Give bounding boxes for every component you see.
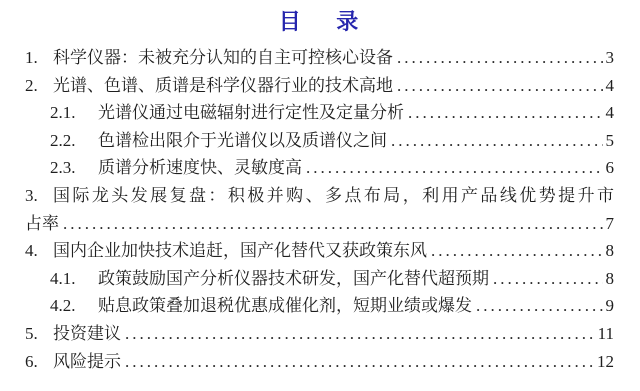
toc-entry: 2.2. 色谱检出限介于光谱仪以及质谱仪之间 .................… — [25, 127, 614, 155]
toc-entry-page: 4 — [606, 72, 615, 100]
dot-leader: ........................................… — [427, 237, 603, 265]
dot-leader: ........................................… — [404, 99, 603, 127]
toc-entry: 4. 国内企业加快技术追赶，国产化替代又获政策东风 ..............… — [25, 237, 614, 265]
toc-entry-title: 政策鼓励国产分析仪器技术研发，国产化替代超预期 — [98, 265, 489, 293]
toc-entry-title: 色谱检出限介于光谱仪以及质谱仪之间 — [98, 127, 387, 155]
toc-entry-title: 贴息政策叠加退税优惠成催化剂，短期业绩或爆发 — [98, 292, 472, 320]
dot-leader: ........................................… — [489, 265, 603, 293]
page-title: 目 录 — [25, 8, 614, 36]
toc-entry-title: 光谱、色谱、质谱是科学仪器行业的技术高地 — [53, 72, 393, 100]
toc-entry: 6. 风险提示 ................................… — [25, 348, 614, 376]
toc-entry-page: 4 — [606, 99, 615, 127]
toc-entry-title: 质谱分析速度快、灵敏度高 — [98, 154, 302, 182]
toc-entry-title: 国际龙头发展复盘：积极并购、多点布局，利用产品线优势提升市 — [53, 182, 614, 210]
toc-entry: 3. 国际龙头发展复盘：积极并购、多点布局，利用产品线优势提升市 — [25, 182, 614, 210]
toc-entry: 1. 科学仪器：未被充分认知的自主可控核心设备 ................… — [25, 44, 614, 72]
toc-entry-number: 2. — [25, 72, 53, 100]
dot-leader: ........................................… — [121, 348, 594, 376]
toc-entry-page: 7 — [606, 210, 615, 238]
toc-entry-page: 9 — [606, 292, 615, 320]
toc-list: 1. 科学仪器：未被充分认知的自主可控核心设备 ................… — [25, 44, 614, 375]
toc-entry-number: 4.2. — [50, 292, 98, 320]
dot-leader: ........................................… — [302, 154, 603, 182]
toc-entry-title: 国内企业加快技术追赶，国产化替代又获政策东风 — [53, 237, 427, 265]
dot-leader: ........................................… — [393, 44, 603, 72]
toc-entry-title: 光谱仪通过电磁辐射进行定性及定量分析 — [98, 99, 404, 127]
toc-entry: 4.1. 政策鼓励国产分析仪器技术研发，国产化替代超预期 ...........… — [25, 265, 614, 293]
toc-entry-number: 2.2. — [50, 127, 98, 155]
toc-entry-continuation: 占率 .....................................… — [25, 210, 614, 238]
toc-entry-number: 6. — [25, 348, 53, 376]
toc-entry-page: 6 — [606, 154, 615, 182]
dot-leader: ........................................… — [121, 320, 595, 348]
toc-entry-page: 12 — [597, 348, 614, 376]
toc-entry: 2.1. 光谱仪通过电磁辐射进行定性及定量分析 ................… — [25, 99, 614, 127]
toc-entry-page: 8 — [606, 265, 615, 293]
toc-entry-number: 1. — [25, 44, 53, 72]
dot-leader: ........................................… — [59, 210, 603, 238]
toc-entry-number: 4.1. — [50, 265, 98, 293]
toc-entry: 5. 投资建议 ................................… — [25, 320, 614, 348]
toc-entry-title: 投资建议 — [53, 320, 121, 348]
toc-entry-number: 5. — [25, 320, 53, 348]
toc-entry: 2. 光谱、色谱、质谱是科学仪器行业的技术高地 ................… — [25, 72, 614, 100]
toc-entry-number: 2.1. — [50, 99, 98, 127]
toc-page: 目 录 1. 科学仪器：未被充分认知的自主可控核心设备 ............… — [0, 0, 640, 391]
toc-entry-number: 2.3. — [50, 154, 98, 182]
toc-entry-page: 5 — [606, 127, 615, 155]
dot-leader: ........................................… — [472, 292, 603, 320]
toc-entry-page: 11 — [598, 320, 614, 348]
toc-entry-page: 3 — [606, 44, 615, 72]
toc-entry-number: 4. — [25, 237, 53, 265]
toc-entry-title: 风险提示 — [53, 348, 121, 376]
dot-leader: ........................................… — [387, 127, 603, 155]
toc-entry: 2.3. 质谱分析速度快、灵敏度高 ......................… — [25, 154, 614, 182]
toc-entry-title-continuation: 占率 — [25, 210, 59, 238]
toc-entry-number: 3. — [25, 182, 53, 210]
dot-leader: ........................................… — [393, 72, 603, 100]
toc-entry-page: 8 — [606, 237, 615, 265]
toc-entry: 4.2. 贴息政策叠加退税优惠成催化剂，短期业绩或爆发 ............… — [25, 292, 614, 320]
toc-entry-title: 科学仪器：未被充分认知的自主可控核心设备 — [53, 44, 393, 72]
